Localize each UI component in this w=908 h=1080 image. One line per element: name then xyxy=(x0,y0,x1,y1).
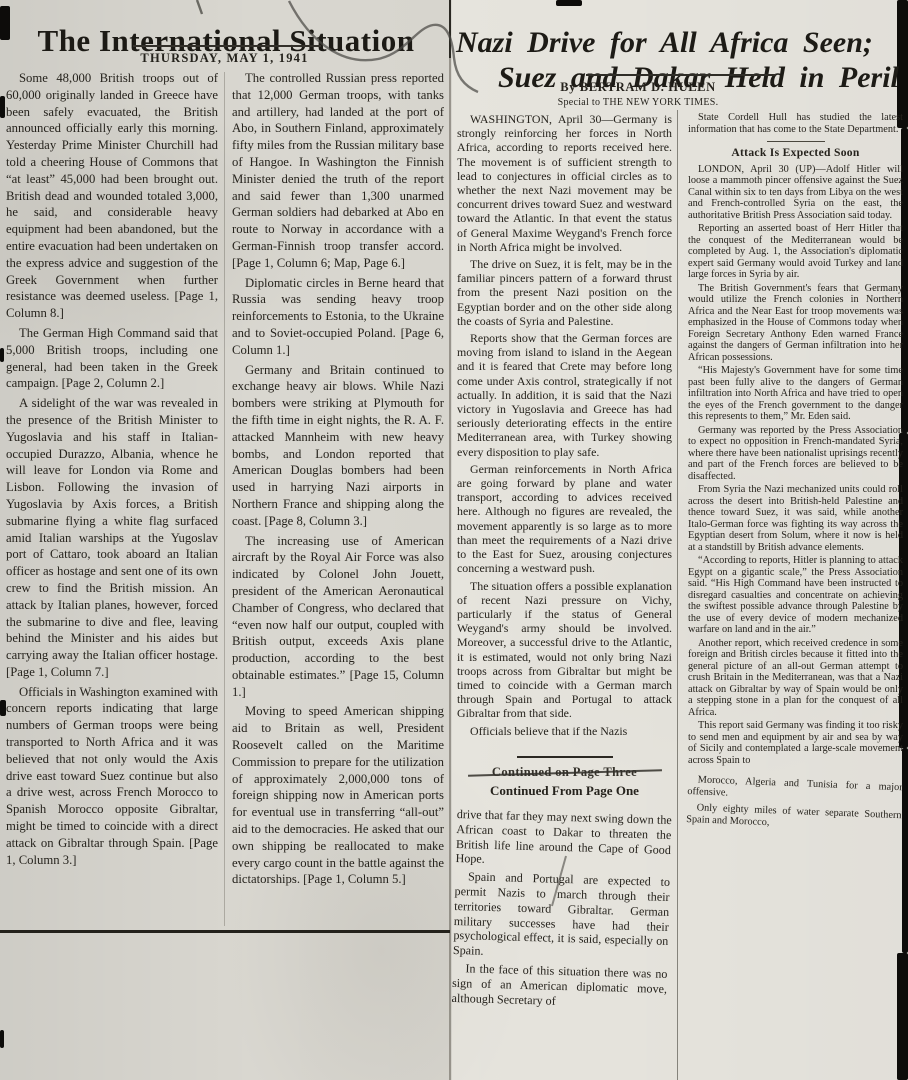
left-article-column-1: Some 48,000 British troops out of 60,000… xyxy=(6,70,218,891)
paragraph: Moving to speed American shipping aid to… xyxy=(232,703,444,888)
headline-rule xyxy=(586,74,776,76)
right-article-column-1: WASHINGTON, April 30—Germany is strongly… xyxy=(457,112,672,1009)
paragraph: The drive on Suez, it is felt, may be in… xyxy=(457,257,672,328)
paragraph: Only eighty miles of water separate Sout… xyxy=(686,802,902,833)
scan-artifact xyxy=(0,6,10,40)
newspaper-scan-page: The International Situation THURSDAY, MA… xyxy=(0,0,908,1080)
scan-artifact xyxy=(0,348,4,362)
paragraph: The German High Command said that 5,000 … xyxy=(6,325,218,392)
paragraph: In the face of this situation there was … xyxy=(451,961,667,1011)
paragraph: Officials in Washington examined with co… xyxy=(6,684,218,869)
paragraph: “His Majesty's Government have for some … xyxy=(688,365,903,423)
paragraph: “According to reports, Hitler is plannin… xyxy=(688,555,903,636)
continuation-body: Spain and Portugal are expected to permi… xyxy=(451,869,670,1011)
paragraph: Officials believe that if the Nazis xyxy=(457,724,672,738)
paragraph: This report said Germany was finding it … xyxy=(688,720,903,766)
paragraph: The British Government's fears that Germ… xyxy=(688,283,903,364)
paragraph: A sidelight of the war was revealed in t… xyxy=(6,395,218,681)
column-divider-left xyxy=(224,72,225,926)
paragraph: WASHINGTON, April 30—Germany is strongly… xyxy=(457,112,672,254)
paragraph: Germany was reported by the Press Associ… xyxy=(688,425,903,483)
column-2-body: LONDON, April 30 (UP)—Adolf Hitler will … xyxy=(688,164,903,767)
paragraph: The increasing use of American aircraft … xyxy=(232,533,444,701)
continued-on-note: Continued on Page Three xyxy=(457,765,672,779)
continued-from-note: Continued From Page One xyxy=(457,784,672,798)
tilted-clipping: Morocco, Algeria and Tunisia for a major… xyxy=(686,774,903,833)
paragraph: Germany and Britain continued to exchang… xyxy=(232,362,444,530)
continuation-clipping: drive that far they may next swing down … xyxy=(451,807,671,1011)
paragraph: Another report, which received credence … xyxy=(688,638,903,719)
subhead-rule xyxy=(767,141,825,142)
paragraph: drive that far they may next swing down … xyxy=(455,807,672,872)
paragraph: Morocco, Algeria and Tunisia for a major… xyxy=(687,774,903,805)
paragraph: Reports show that the German forces are … xyxy=(457,331,672,459)
paragraph: Reporting an asserted boast of Herr Hitl… xyxy=(688,223,903,281)
paragraph: Spain and Portugal are expected to permi… xyxy=(453,869,670,964)
scan-artifact xyxy=(556,0,582,6)
column-1-body: WASHINGTON, April 30—Germany is strongly… xyxy=(457,112,672,738)
paragraph: German reinforcements in North Africa ar… xyxy=(457,462,672,576)
bottom-rule xyxy=(0,930,450,933)
scan-artifact xyxy=(0,96,5,118)
dateline: THURSDAY, MAY 1, 1941 xyxy=(0,51,449,66)
scan-artifact xyxy=(0,1030,4,1048)
title-rule xyxy=(133,45,321,47)
continued-rule xyxy=(517,756,613,758)
credit-line: Special to THE NEW YORK TIMES. xyxy=(454,97,822,108)
paragraph: Some 48,000 British troops out of 60,000… xyxy=(6,70,218,322)
byline: By BERTRAM D. HULEN xyxy=(454,80,822,95)
pen-tick xyxy=(197,0,202,14)
paragraph: Diplomatic circles in Berne heard that R… xyxy=(232,275,444,359)
paragraph: From Syria the Nazi mechanized units cou… xyxy=(688,484,903,553)
paragraph: State Cordell Hull has studied the lates… xyxy=(688,112,903,135)
right-article-column-2: State Cordell Hull has studied the lates… xyxy=(688,112,903,1009)
left-article-column-2: The controlled Russian press reported th… xyxy=(232,70,444,891)
subhead: Attack Is Expected Soon xyxy=(688,147,903,159)
headline-line-1: Nazi Drive for All Africa Seen; xyxy=(456,26,873,59)
column-divider-right xyxy=(677,110,678,1080)
column-divider-center xyxy=(449,0,451,1080)
paragraph: The situation offers a possible explanat… xyxy=(457,579,672,721)
paragraph: LONDON, April 30 (UP)—Adolf Hitler will … xyxy=(688,164,903,222)
paragraph: The controlled Russian press reported th… xyxy=(232,70,444,272)
